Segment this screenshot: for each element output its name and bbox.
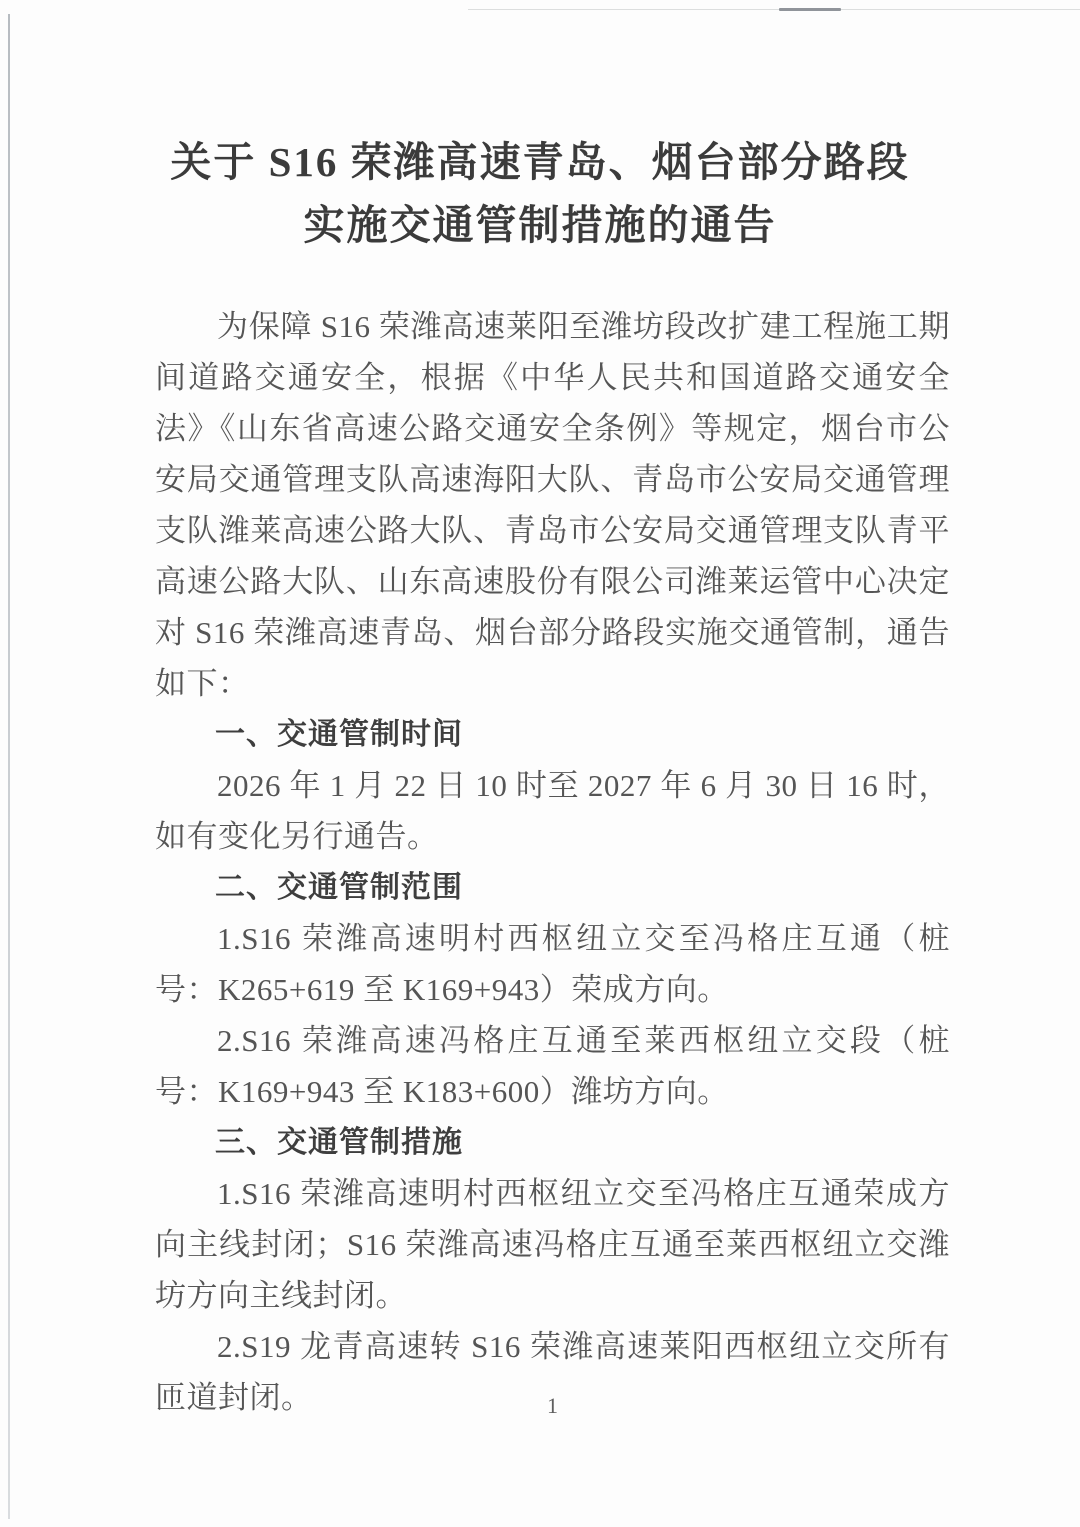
notice-body: 为保障 S16 荣潍高速莱阳至潍坊段改扩建工程施工期间道路交通安全，根据《中华人…	[155, 301, 950, 1423]
page-number: 1	[155, 1392, 950, 1420]
scan-edge-top-line	[468, 9, 1080, 10]
notice-intro-paragraph: 为保障 S16 荣潍高速莱阳至潍坊段改扩建工程施工期间道路交通安全，根据《中华人…	[155, 301, 950, 709]
section-2-paragraph-2: 2.S16 荣潍高速冯格庄互通至莱西枢纽立交段（桩号：K169+943 至 K1…	[155, 1015, 950, 1117]
notice-title-line-1: 关于 S16 荣潍高速青岛、烟台部分路段	[0, 131, 1080, 194]
scanned-notice-page: 关于 S16 荣潍高速青岛、烟台部分路段 实施交通管制措施的通告 为保障 S16…	[0, 0, 1080, 1527]
section-1-heading: 一、交通管制时间	[155, 709, 950, 760]
notice-title: 关于 S16 荣潍高速青岛、烟台部分路段 实施交通管制措施的通告	[0, 0, 1080, 257]
section-2-paragraph-1: 1.S16 荣潍高速明村西枢纽立交至冯格庄互通（桩号：K265+619 至 K1…	[155, 913, 950, 1015]
section-1-paragraph: 2026 年 1 月 22 日 10 时至 2027 年 6 月 30 日 16…	[155, 760, 950, 862]
section-3-paragraph-1: 1.S16 荣潍高速明村西枢纽立交至冯格庄互通荣成方向主线封闭；S16 荣潍高速…	[155, 1168, 950, 1321]
section-3-heading: 三、交通管制措施	[155, 1117, 950, 1168]
section-2-heading: 二、交通管制范围	[155, 862, 950, 913]
scan-edge-left-line	[8, 14, 10, 1519]
notice-title-line-2: 实施交通管制措施的通告	[0, 194, 1080, 257]
scan-edge-top-dark-segment	[779, 8, 841, 11]
